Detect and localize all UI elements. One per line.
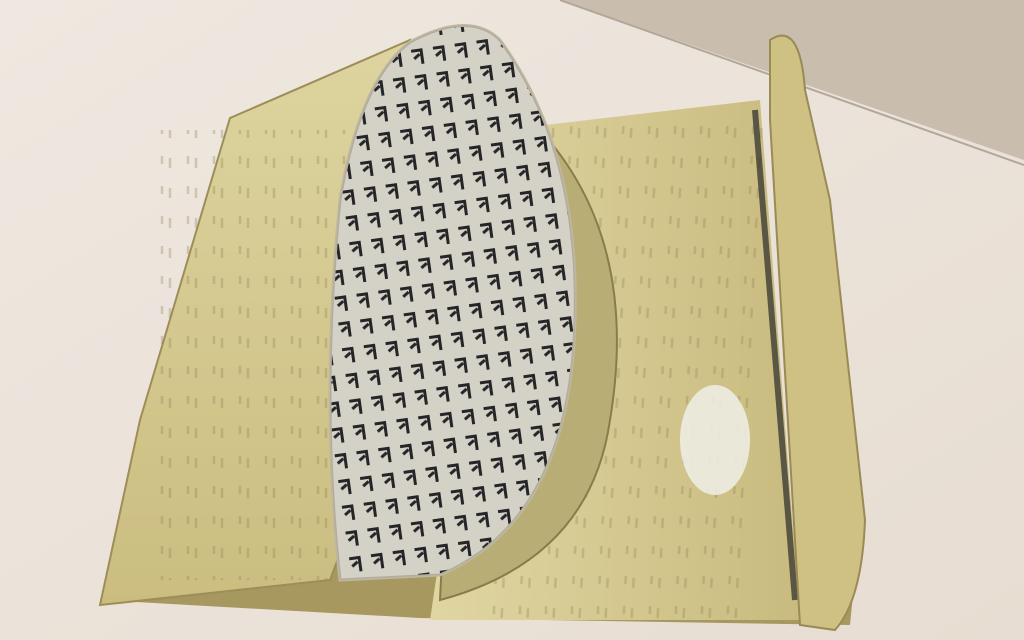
parchment-pouch-illustration — [0, 0, 1024, 640]
photo-scene: Antique parchment pouch with Hebrew lett… — [0, 0, 1024, 640]
worn-spot — [680, 385, 750, 495]
